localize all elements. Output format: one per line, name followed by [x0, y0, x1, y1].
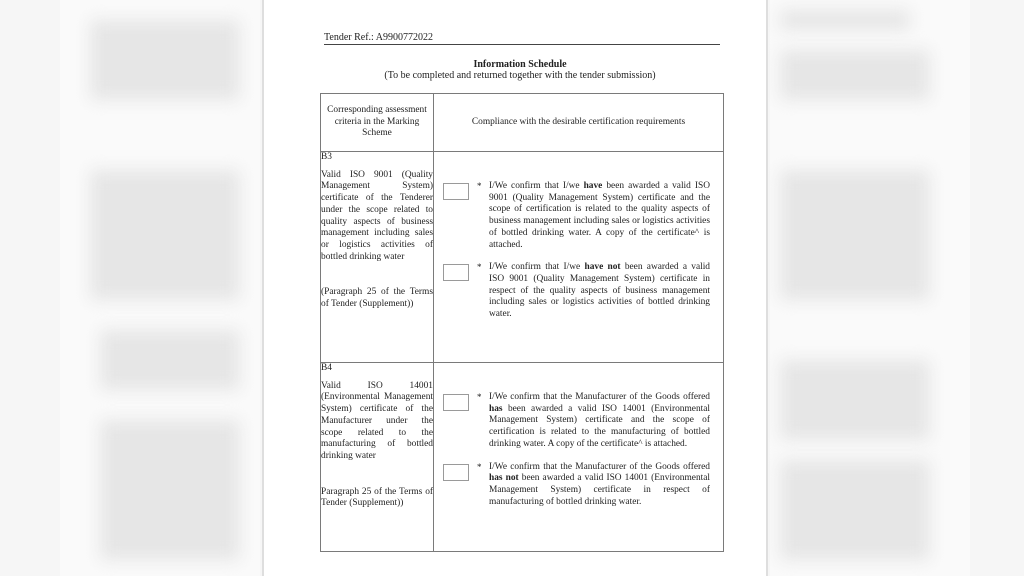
compliance-checkbox[interactable] [443, 464, 469, 481]
document-subtitle: (To be completed and returned together w… [320, 70, 720, 81]
information-schedule-table: Corresponding assessment criteria in the… [320, 93, 724, 552]
header-compliance: Compliance with the desirable certificat… [434, 94, 724, 152]
option-text: I/We confirm that I/we have not been awa… [489, 262, 710, 321]
document-title: Information Schedule [320, 59, 720, 70]
compliance-checkbox[interactable] [443, 394, 469, 411]
background-blur-block [780, 10, 910, 30]
criteria-description: Valid ISO 9001 (Quality Management Syste… [321, 170, 433, 264]
option-text: I/We confirm that I/we have been awarded… [489, 181, 710, 251]
criteria-code: B4 [321, 363, 433, 375]
background-blur-block [780, 50, 930, 100]
background-blur-block [90, 20, 240, 100]
tender-reference: Tender Ref.: A9900772022 [324, 32, 720, 45]
compliance-cell: * I/We confirm that the Manufacturer of … [434, 363, 724, 552]
document-page: Tender Ref.: A9900772022 Information Sch… [262, 0, 768, 576]
table-row: B4 Valid ISO 14001 (Environmental Manage… [321, 363, 724, 552]
option-text: I/We confirm that the Manufacturer of th… [489, 462, 710, 509]
compliance-option: * I/We confirm that I/we have not been a… [434, 262, 723, 321]
table-header-row: Corresponding assessment criteria in the… [321, 94, 724, 152]
criteria-description: Valid ISO 14001 (Environmental Managemen… [321, 381, 433, 463]
compliance-option: * I/We confirm that the Manufacturer of … [434, 462, 723, 509]
compliance-option: * I/We confirm that I/we have been award… [434, 181, 723, 251]
criteria-reference: Paragraph 25 of the Terms of Tender (Sup… [321, 487, 433, 510]
table-row: B3 Valid ISO 9001 (Quality Management Sy… [321, 152, 724, 363]
background-blur-block [90, 170, 240, 300]
option-marker: * [477, 392, 489, 404]
option-marker: * [477, 462, 489, 474]
background-blur-block [780, 170, 930, 300]
background-blur-block [780, 360, 930, 440]
criteria-reference: (Paragraph 25 of the Terms of Tender (Su… [321, 287, 433, 310]
option-marker: * [477, 181, 489, 193]
option-marker: * [477, 262, 489, 274]
compliance-cell: * I/We confirm that I/we have been award… [434, 152, 724, 363]
background-blur-block [100, 330, 240, 390]
criteria-cell: B4 Valid ISO 14001 (Environmental Manage… [321, 363, 434, 552]
compliance-checkbox[interactable] [443, 264, 469, 281]
background-blur-block [780, 460, 930, 560]
background-blur-block [100, 420, 240, 560]
compliance-option: * I/We confirm that the Manufacturer of … [434, 392, 723, 451]
header-assessment-criteria: Corresponding assessment criteria in the… [321, 94, 434, 152]
compliance-checkbox[interactable] [443, 183, 469, 200]
criteria-code: B3 [321, 152, 433, 164]
option-text: I/We confirm that the Manufacturer of th… [489, 392, 710, 451]
criteria-cell: B3 Valid ISO 9001 (Quality Management Sy… [321, 152, 434, 363]
